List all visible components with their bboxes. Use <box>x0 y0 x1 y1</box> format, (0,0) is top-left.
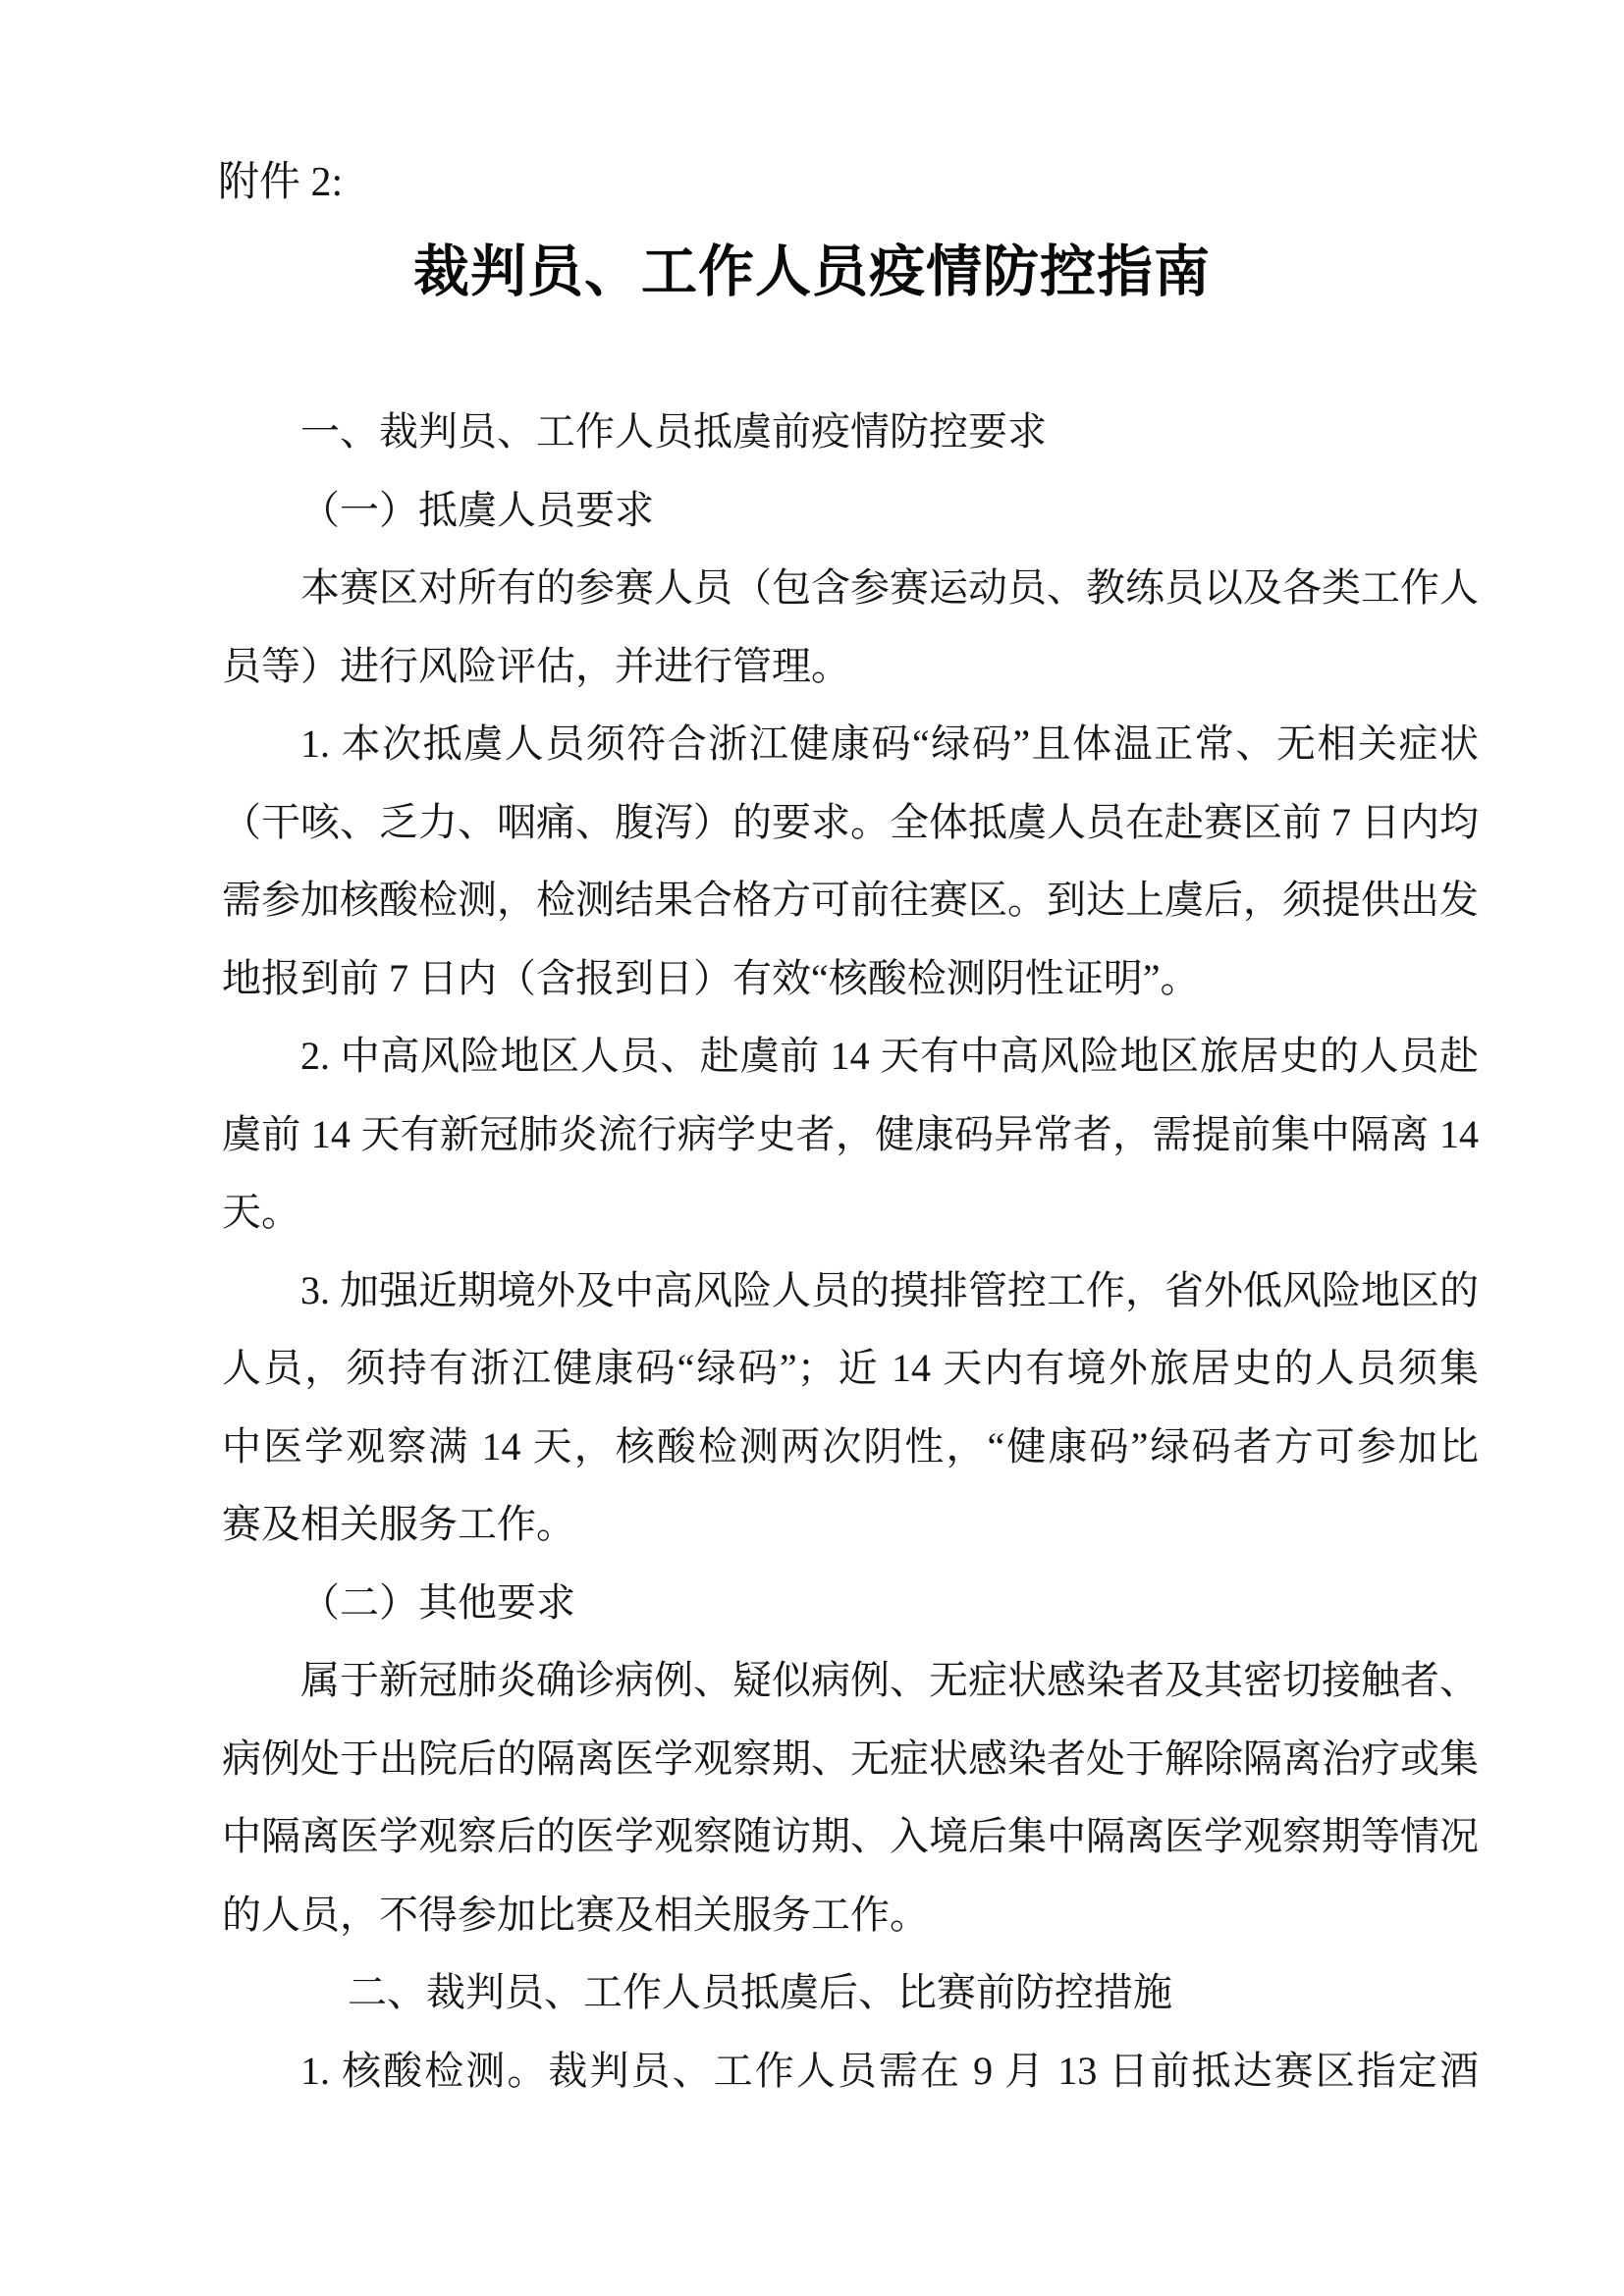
text-line: （干咳、乏力、咽痛、腹泻）的要求。全体抵虞人员在赴赛区前 7 日内均 <box>222 783 1479 862</box>
text-line: 虞前 14 天有新冠肺炎流行病学史者，健康码异常者，需提前集中隔离 14 <box>222 1095 1479 1174</box>
text-line: （二）其他要求 <box>222 1564 1479 1642</box>
text-line: 1. 本次抵虞人员须符合浙江健康码“绿码”且体温正常、无相关症状 <box>222 705 1479 783</box>
text-line: 1. 核酸检测。裁判员、工作人员需在 9 月 13 日前抵达赛区指定酒店， <box>222 2032 1479 2110</box>
page-title: 裁判员、工作人员疫情防控指南 <box>0 238 1624 306</box>
text-line: （一）抵虞人员要求 <box>222 471 1479 550</box>
document-body: 一、裁判员、工作人员抵虞前疫情防控要求（一）抵虞人员要求本赛区对所有的参赛人员（… <box>222 393 1479 2109</box>
text-line: 人员，须持有浙江健康码“绿码”；近 14 天内有境外旅居史的人员须集 <box>222 1329 1479 1408</box>
text-line: 本赛区对所有的参赛人员（包含参赛运动员、教练员以及各类工作人 <box>222 549 1479 627</box>
text-line: 2. 中高风险地区人员、赴虞前 14 天有中高风险地区旅居史的人员赴 <box>222 1017 1479 1095</box>
text-line: 天。 <box>222 1173 1479 1252</box>
text-line: 一、裁判员、工作人员抵虞前疫情防控要求 <box>222 393 1479 471</box>
text-line: 二、裁判员、工作人员抵虞后、比赛前防控措施 <box>222 1953 1479 2032</box>
text-line: 病例处于出院后的隔离医学观察期、无症状感染者处于解除隔离治疗或集 <box>222 1720 1479 1798</box>
text-line: 需参加核酸检测，检测结果合格方可前往赛区。到达上虞后，须提供出发 <box>222 861 1479 939</box>
text-line: 属于新冠肺炎确诊病例、疑似病例、无症状感染者及其密切接触者、 <box>222 1641 1479 1720</box>
text-line: 赛及相关服务工作。 <box>222 1485 1479 1564</box>
text-line: 中医学观察满 14 天，核酸检测两次阴性，“健康码”绿码者方可参加比 <box>222 1408 1479 1486</box>
text-line: 中隔离医学观察后的医学观察随访期、入境后集中隔离医学观察期等情况 <box>222 1797 1479 1876</box>
text-line: 3. 加强近期境外及中高风险人员的摸排管控工作，省外低风险地区的 <box>222 1252 1479 1330</box>
text-line: 地报到前 7 日内（含报到日）有效“核酸检测阴性证明”。 <box>222 939 1479 1018</box>
text-line: 员等）进行风险评估，并进行管理。 <box>222 627 1479 706</box>
document-page: 附件 2: 裁判员、工作人员疫情防控指南 一、裁判员、工作人员抵虞前疫情防控要求… <box>0 0 1624 2296</box>
attachment-label: 附件 2: <box>218 157 343 208</box>
text-line: 的人员，不得参加比赛及相关服务工作。 <box>222 1876 1479 1954</box>
